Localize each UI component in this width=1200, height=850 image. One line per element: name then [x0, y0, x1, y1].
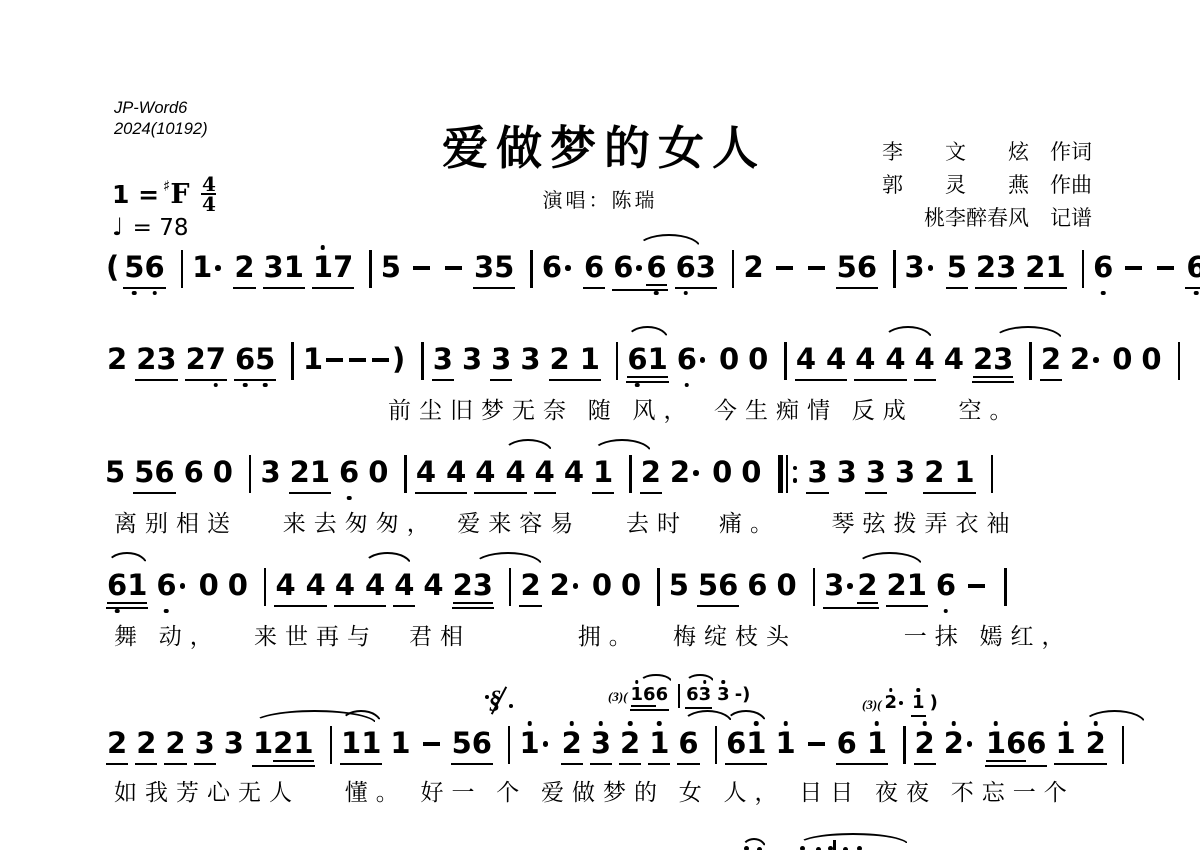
note-digit: 4 — [335, 568, 355, 602]
note-group: 2 — [640, 455, 662, 494]
note-digit: 3 — [474, 250, 494, 284]
octave-dot-high — [754, 721, 759, 726]
note-group: 0 — [747, 342, 769, 376]
note-digit: 6 — [235, 342, 255, 376]
note-digit: 2 — [1070, 342, 1090, 376]
note-group: 31 — [263, 250, 305, 289]
note-digit: 6 — [627, 342, 647, 378]
note-digit: 1 — [313, 250, 333, 284]
note-group: 166 — [630, 684, 670, 711]
note-digit: 6 — [686, 684, 699, 705]
note-digit: 6 — [144, 250, 164, 284]
barline — [530, 250, 533, 288]
note-digit: 6 — [837, 726, 857, 760]
repeat-thick-bar — [778, 455, 783, 493]
note-digit: 6 — [154, 455, 174, 489]
rest-note: 0 — [592, 568, 612, 602]
note-digit: 3 — [224, 726, 244, 760]
sheet-page: JP-Word6 2024(10192) 爱做梦的女人 演唱：陈瑞 李 文 炫 … — [0, 0, 1200, 850]
note-digit: 3 — [895, 455, 915, 489]
note-group: 61 — [725, 726, 767, 765]
note-group: 6 — [583, 250, 605, 289]
note-group: 3 — [259, 455, 281, 489]
note-digit: 5 — [837, 250, 857, 284]
note-group: 21 — [923, 455, 975, 494]
note-group: 0 — [1111, 342, 1133, 376]
note-digit: 6 — [542, 250, 562, 284]
note-group: 166 — [985, 726, 1048, 767]
repeat-dot — [793, 466, 798, 471]
note-digit: 3 — [717, 684, 730, 705]
note-digit: 2 — [290, 455, 310, 489]
note-group: 2 — [549, 568, 584, 602]
duration-dash — [349, 342, 366, 376]
note-group: 0 — [212, 455, 234, 489]
note-group: 4 — [393, 568, 415, 607]
duration-dash — [413, 250, 430, 284]
note-digit: 3 — [195, 726, 215, 760]
note-digit: 3 — [905, 250, 925, 284]
barline — [732, 250, 735, 288]
octave-dot-high — [527, 721, 532, 726]
note-digit: 4 — [944, 342, 964, 376]
music-line-5: 2223312111156123216611612216612 — [106, 726, 1132, 767]
octave-dot-high — [875, 721, 880, 726]
octave-dot-low — [685, 383, 690, 388]
note-digit: 5 — [124, 250, 144, 284]
note-group: 2 — [669, 455, 704, 489]
note-group: 2 — [519, 568, 541, 607]
note-group: 44 — [474, 455, 526, 494]
note-group: 44 — [854, 342, 906, 381]
note-digit: 1 — [253, 726, 273, 760]
partial-tie-arc — [797, 833, 909, 845]
octave-dot-high — [994, 721, 999, 726]
note-group — [804, 250, 829, 284]
note-gap — [1076, 726, 1086, 760]
note-digit: 4 — [796, 342, 816, 376]
note-digit: 3 — [993, 342, 1013, 378]
note-digit: 2 — [550, 342, 570, 376]
augmentation-dot — [899, 692, 904, 713]
tie-arc — [725, 710, 767, 724]
note-digit: 6 — [726, 726, 746, 760]
octave-dot-high — [917, 688, 921, 692]
octave-dot-low — [944, 609, 949, 614]
duration-dash — [326, 342, 343, 376]
note-group: 23 — [975, 250, 1017, 289]
augmentation-dot — [565, 250, 572, 284]
note-digit: 5 — [452, 726, 472, 760]
note-digit: 2 — [857, 568, 877, 604]
note-group: 2 — [742, 250, 764, 284]
note-group: 2 — [233, 250, 255, 289]
note-group: 3 — [590, 726, 612, 765]
note-group: 0 — [198, 568, 220, 602]
note-digit: 2 — [944, 726, 964, 760]
barline — [784, 342, 787, 380]
note-group: 5 — [946, 250, 968, 289]
note-group: 3 — [806, 455, 828, 494]
barline — [509, 568, 512, 606]
barline — [291, 342, 294, 380]
octave-dot-high — [703, 680, 707, 684]
note-digit: 4 — [394, 568, 414, 602]
barline — [249, 455, 252, 493]
rest-note: 0 — [719, 342, 739, 376]
partial-octave-dot — [744, 846, 749, 850]
partial-barline — [833, 840, 836, 850]
note-gap — [296, 568, 306, 602]
note-gap — [944, 455, 954, 489]
octave-dot-low — [1101, 291, 1106, 296]
note-group: 32 — [823, 568, 878, 609]
barline — [1004, 568, 1007, 606]
note-digit: 4 — [416, 455, 436, 489]
bracket-text: ( — [106, 250, 119, 284]
note-digit: 2 — [1086, 726, 1106, 760]
note-digit: 1 — [907, 568, 927, 602]
note-group: 0 — [1140, 342, 1162, 376]
note-group: 3 — [490, 342, 512, 381]
note-gap — [355, 568, 365, 602]
note-group: 61 — [106, 568, 148, 609]
note-group: 65 — [234, 342, 276, 381]
note-group: 21 — [549, 342, 601, 381]
note-digit: 3 — [462, 342, 482, 376]
note-digit: 6 — [339, 455, 359, 489]
note-digit: 3 — [996, 250, 1016, 284]
note-digit: 2 — [743, 250, 763, 284]
note-digit: 3 — [866, 455, 886, 489]
note-group: 56 — [133, 455, 175, 494]
note-digit: 5 — [255, 342, 275, 376]
note-group: 56 — [836, 250, 878, 289]
octave-dot-high — [657, 721, 662, 726]
note-digit: 6 — [656, 684, 669, 705]
note-digit: 6 — [643, 684, 656, 707]
note-digit: 6 — [646, 250, 666, 286]
partial-octave-dot — [857, 846, 862, 850]
note-digit: 6 — [936, 568, 956, 602]
note-group: 1 — [592, 455, 614, 494]
lyrics-line-5: 如我芳心无人 懂。 好一 个 爱做梦的 女 人， 日日 夜夜 不忘一个 — [114, 774, 1075, 807]
note-group: 0 — [591, 568, 613, 602]
duration-dash — [808, 250, 825, 284]
note-digit: 1 — [293, 726, 313, 762]
octave-dot-high — [889, 688, 893, 692]
note-digit: 1 — [912, 692, 925, 713]
note-digit: 6 — [156, 568, 176, 602]
grace-figure: (3)(21) — [862, 692, 940, 717]
note-group: 2 — [884, 692, 908, 713]
note-digit: 6 — [184, 455, 204, 489]
note-digit: 1 — [649, 726, 669, 760]
repeat-dots — [793, 455, 798, 493]
tuplet-number: (3)( — [862, 694, 882, 715]
note-group: 2 — [106, 342, 128, 376]
tie-arc — [503, 439, 553, 453]
bracket-text: ) — [930, 692, 938, 713]
note-group: 5 — [668, 568, 690, 602]
note-digit: 6 — [718, 568, 738, 602]
note-group — [1153, 250, 1178, 284]
duration-dash — [776, 250, 793, 284]
note-group: 17 — [312, 250, 354, 289]
barline — [508, 726, 511, 764]
octave-dot-low — [115, 609, 120, 614]
note-digit: 4 — [564, 455, 584, 489]
rest-note: 0 — [776, 568, 796, 602]
note-digit: 5 — [134, 455, 154, 489]
tie-arc — [637, 234, 701, 248]
barline — [330, 726, 333, 764]
note-group: 23 — [135, 342, 177, 381]
note-group: 1 — [648, 726, 670, 765]
tie-arc — [473, 552, 543, 566]
barline — [813, 568, 816, 606]
note-digit: 1 — [954, 455, 974, 489]
rest-note: 0 — [213, 455, 233, 489]
barline — [1082, 250, 1085, 288]
note-group: 2 — [164, 726, 186, 765]
note-group: 0 — [718, 342, 740, 376]
note-group: 1 — [774, 726, 796, 760]
note-digit: 3 — [824, 568, 844, 602]
note-digit: 6 — [677, 342, 697, 376]
note-group: 121 — [252, 726, 315, 767]
note-digit: 3 — [837, 455, 857, 489]
augmentation-dot — [180, 568, 187, 602]
note-digit: 2 — [887, 568, 907, 602]
note-group: 4 — [943, 342, 965, 376]
note-group: 1) — [302, 342, 406, 376]
note-group: 6 — [676, 342, 711, 376]
repeat-dot — [793, 478, 798, 483]
note-digit: 6 — [584, 250, 604, 284]
octave-dot-low — [635, 383, 640, 388]
note-digit: 3 — [473, 568, 493, 604]
note-group: 12 — [1054, 726, 1106, 765]
lyrics-line-3: 离别相送 来去匆匆， 爱来容易 去时 痛。 琴弦拨弄衣袖 — [114, 505, 1018, 538]
rest-note: 0 — [712, 455, 732, 489]
octave-dot-high — [922, 721, 927, 726]
augmentation-dot — [1093, 342, 1100, 376]
note-group: 56 — [123, 250, 165, 289]
note-group: 56 — [697, 568, 739, 607]
note-group: 6 — [541, 250, 576, 284]
barline — [715, 726, 718, 764]
rest-note: 0 — [199, 568, 219, 602]
note-digit: 2 — [136, 342, 156, 376]
octave-dot-low — [164, 609, 169, 614]
note-digit: 3 — [591, 726, 611, 760]
rest-note: 0 — [1112, 342, 1132, 376]
note-digit: 6 — [107, 568, 127, 604]
duration-dash — [808, 726, 825, 760]
barline — [369, 250, 372, 288]
note-digit: 5 — [494, 250, 514, 284]
barline — [657, 568, 660, 606]
duration-dash — [968, 568, 985, 602]
note-digit: 4 — [826, 342, 846, 376]
note-digit: 1 — [631, 684, 644, 707]
note-digit: 2 — [885, 692, 898, 713]
octave-dot-high — [1063, 721, 1068, 726]
barline — [404, 455, 407, 493]
note-digit: 6 — [678, 726, 698, 760]
bracket-text: -) — [735, 684, 751, 705]
barline — [1178, 342, 1181, 380]
barline — [991, 455, 994, 493]
note-group: 21 — [289, 455, 331, 494]
note-group: 4 — [534, 455, 556, 494]
note-digit: 4 — [855, 342, 875, 376]
note-digit: 3 — [264, 250, 284, 284]
grace-figure: (3)(166633-) — [608, 684, 752, 711]
octave-dot-low — [214, 383, 219, 388]
note-group: 0 — [711, 455, 733, 489]
note-digit: 3 — [260, 455, 280, 489]
note-digit: 1 — [648, 342, 668, 378]
note-digit: 5 — [698, 568, 718, 602]
note-digit: 4 — [505, 455, 525, 489]
rest-note: 0 — [1141, 342, 1161, 376]
note-group — [964, 568, 989, 602]
note-group: 44 — [415, 455, 467, 494]
barline — [678, 684, 680, 708]
note-digit: 3 — [156, 342, 176, 376]
note-group: 2 — [1069, 342, 1104, 376]
score-area: (5612311753566666325635232166322327651)3… — [0, 0, 1200, 850]
duration-dash — [372, 342, 389, 376]
note-group: 44 — [334, 568, 386, 607]
note-digit: ) — [392, 342, 405, 376]
note-digit: 2 — [924, 455, 944, 489]
note-group: 4 — [563, 455, 585, 489]
note-group: 3 — [836, 455, 858, 489]
note-group — [419, 726, 444, 760]
note-digit: 2 — [1025, 250, 1045, 284]
note-group: 2 — [135, 726, 157, 765]
note-digit: 2 — [107, 342, 127, 376]
note-group: 3 — [894, 455, 916, 489]
octave-dot-high — [569, 721, 574, 726]
duration-dash — [445, 250, 462, 284]
note-group: 3 — [865, 455, 887, 494]
note-group: 0 — [227, 568, 249, 602]
note-group: 2 — [1040, 342, 1062, 381]
note-digit: 6 — [676, 250, 696, 284]
note-digit: 4 — [535, 455, 555, 489]
tie-arc — [626, 326, 668, 340]
duration-dash — [1157, 250, 1174, 284]
note-group: 6 — [935, 568, 957, 602]
note-digit: 3 — [696, 250, 716, 284]
note-group: 63 — [675, 250, 717, 289]
note-group: 3 — [461, 342, 483, 376]
note-group: 2 — [106, 726, 128, 765]
tie-arc — [340, 710, 382, 724]
barline — [903, 726, 906, 764]
note-gap — [436, 455, 446, 489]
note-digit: 1 — [593, 455, 613, 489]
note-digit: 2 — [562, 726, 582, 760]
note-digit: 1 — [284, 250, 304, 284]
note-digit: 2 — [273, 726, 293, 762]
lyrics-line-4: 舞 动， 来世再与 君相 拥。 梅绽枝头 一抹 嫣红， — [114, 618, 1073, 651]
note-group: 61 — [626, 342, 668, 383]
note-group: 1 — [518, 726, 553, 760]
note-group: 1 — [911, 692, 926, 717]
note-digit: 4 — [423, 568, 443, 602]
note-group: 63 — [685, 684, 712, 709]
tie-arc — [993, 326, 1063, 340]
barline — [264, 568, 267, 606]
tie-arc — [883, 326, 933, 340]
note-group: 6 — [1092, 250, 1114, 284]
note-digit: 4 — [365, 568, 385, 602]
note-group: 3 — [716, 684, 731, 705]
note-group: 0 — [620, 568, 642, 602]
augmentation-dot — [636, 250, 643, 284]
note-group: 56 — [451, 726, 493, 765]
duration-dash — [423, 726, 440, 760]
note-group: 2 — [619, 726, 641, 765]
octave-dot-low — [1194, 291, 1199, 296]
octave-dot-high — [599, 721, 604, 726]
augmentation-dot — [847, 568, 854, 602]
note-digit: 4 — [885, 342, 905, 376]
barline — [181, 250, 184, 288]
rest-note: 0 — [621, 568, 641, 602]
octave-dot-low — [347, 496, 352, 501]
octave-dot-high — [1093, 721, 1098, 726]
note-digit: 1 — [341, 726, 361, 760]
octave-dot-high — [628, 721, 633, 726]
note-digit: 4 — [306, 568, 326, 602]
note-group: 3 — [194, 726, 216, 765]
octave-dot-low — [152, 291, 157, 296]
note-digit: 1 — [580, 342, 600, 376]
partial-octave-dot — [800, 846, 805, 850]
note-digit: 1 — [867, 726, 887, 760]
repeat-start-sign — [778, 455, 797, 493]
note-digit: 7 — [333, 250, 353, 284]
note-digit: 2 — [186, 342, 206, 376]
augmentation-dot — [928, 250, 935, 284]
note-digit: 3 — [807, 455, 827, 489]
octave-dot-low — [683, 291, 688, 296]
note-group: 44 — [795, 342, 847, 381]
note-group: 11 — [340, 726, 382, 765]
note-group: 3 — [519, 342, 541, 376]
note-digit: 2 — [165, 726, 185, 760]
note-digit: 4 — [915, 342, 935, 376]
note-group: 0 — [367, 455, 389, 489]
note-digit: 2 — [1041, 342, 1061, 376]
barline — [421, 342, 424, 380]
octave-dot-high — [635, 680, 639, 684]
note-digit: 2 — [136, 726, 156, 760]
note-digit: 5 — [105, 455, 125, 489]
note-group: 21 — [1024, 250, 1066, 289]
note-group: 4 — [422, 568, 444, 602]
note-digit: 6 — [747, 568, 767, 602]
note-group: 6 — [155, 568, 190, 602]
note-group: 6 — [677, 726, 699, 765]
octave-dot-low — [243, 383, 248, 388]
